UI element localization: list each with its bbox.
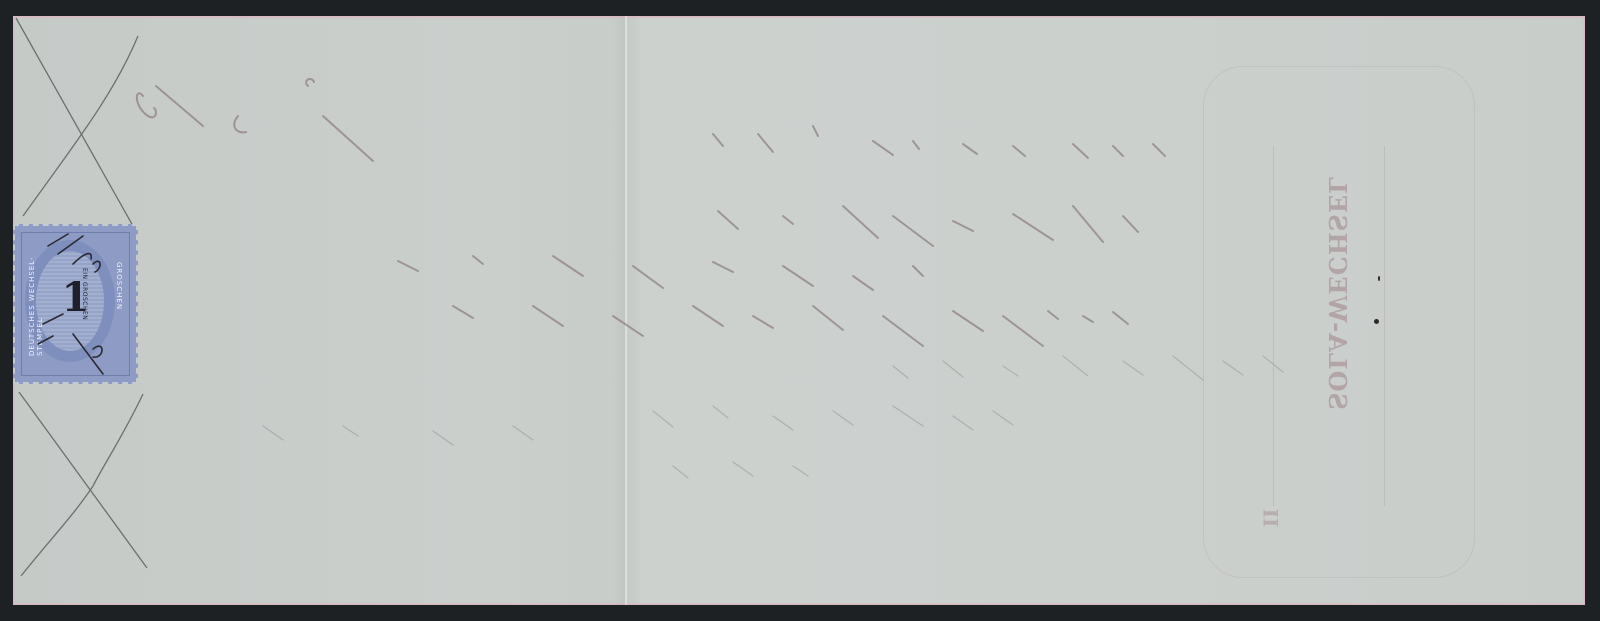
- handwriting-layer: [13, 16, 1585, 605]
- pencil-cross-top: [16, 18, 138, 226]
- revenue-stamp: DEUTSCHES WECHSEL-STEMPEL GROSCHEN 1 EIN…: [13, 224, 138, 384]
- ink-dot: [1374, 319, 1379, 324]
- document-paper: SOLA-WECHSEL II: [13, 16, 1585, 605]
- faint-script-strokes: [137, 79, 1165, 346]
- stamp-cancellation-script: [13, 224, 138, 384]
- ink-mark: [1378, 276, 1380, 281]
- pencil-cross-bottom: [19, 392, 147, 576]
- faint-script-lower: [263, 356, 1283, 478]
